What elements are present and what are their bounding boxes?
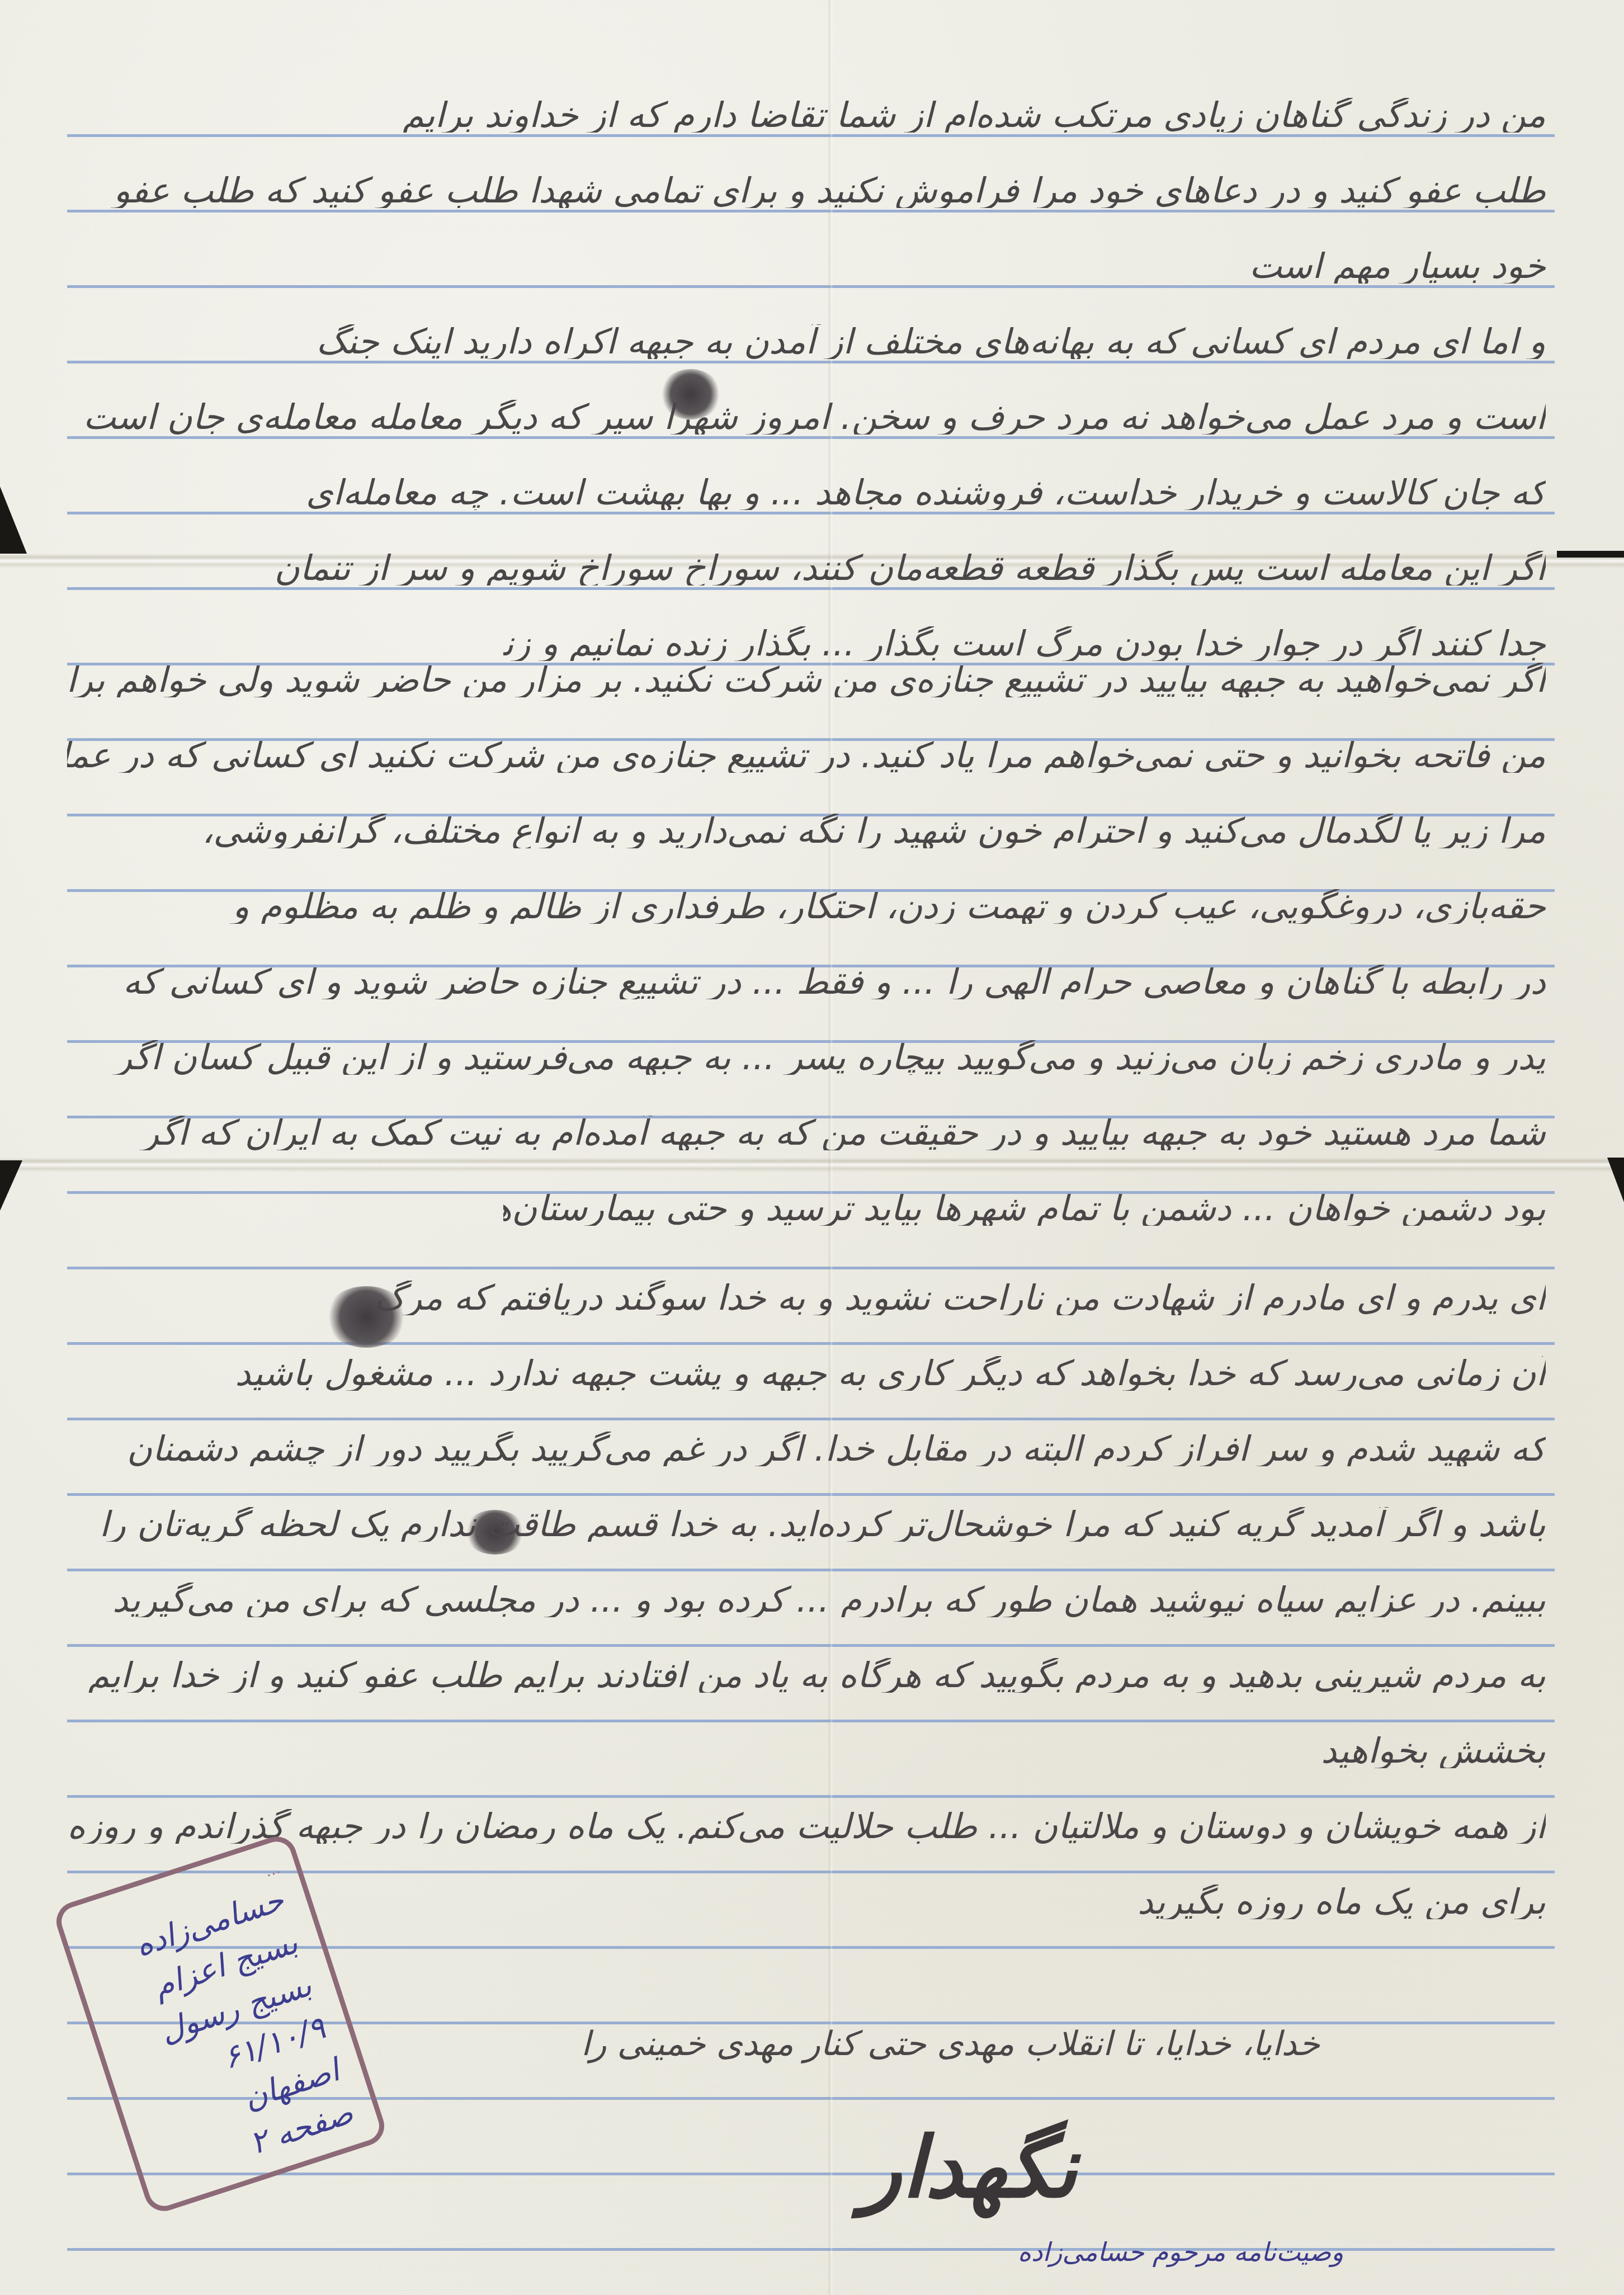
closing-prayer: خدایا، خدایا، تا انقلاب مهدی حتی کنار مه… [425, 2024, 1320, 2063]
ruled-line [67, 134, 1555, 137]
stamp-header: ... [262, 1858, 282, 1881]
torn-edge-right [1557, 551, 1624, 558]
handwritten-line: آن زمانی می‌رسد که خدا بخواهد که دیگر کا… [67, 1356, 1546, 1391]
letter-sheet: من در زندگی گناهان زیادی مرتکب شده‌ام از… [0, 0, 1624, 2295]
signature-word: نگهدار [861, 2119, 1078, 2217]
handwritten-line: و اما ای مردم ای کسانی که به بهانه‌های م… [67, 324, 1546, 359]
handwritten-line: طلب عفو کنید و در دعاهای خود مرا فراموش … [67, 173, 1546, 208]
torn-edge-left [0, 487, 27, 554]
handwritten-line: من در زندگی گناهان زیادی مرتکب شده‌ام از… [67, 98, 1546, 133]
handwritten-line: ای پدرم و ای مادرم از شهادت من ناراحت نش… [67, 1281, 1546, 1315]
handwritten-line: است و مرد عمل می‌خواهد نه مرد حرف و سخن.… [67, 400, 1546, 435]
ruled-line [67, 210, 1555, 212]
handwritten-line: اگر این معامله است پس بگذار قطعه قطعه‌ما… [67, 551, 1546, 585]
ruled-line [67, 1342, 1555, 1345]
handwritten-line: که جان کالاست و خریدار خداست، فروشنده مج… [67, 475, 1546, 510]
handwritten-line: در رابطه با گناهان و معاصی حرام الهی را … [67, 965, 1546, 999]
handwritten-line: باشد و اگر آمدید گریه کنید که مرا خوشحال… [67, 1507, 1546, 1542]
handwritten-line: مرا زیر پا لگدمال می‌کنید و احترام خون ش… [67, 814, 1546, 848]
handwritten-line: بخشش بخواهید [503, 1734, 1546, 1768]
ruled-line [67, 285, 1555, 288]
ruled-line [67, 361, 1555, 363]
ruled-line [67, 587, 1555, 590]
handwritten-line: خود بسیار مهم است [503, 249, 1546, 284]
handwritten-line: حقه‌بازی، دروغگویی، عیب کردن و تهمت زدن،… [67, 889, 1546, 924]
handwritten-line: از همه خویشان و دوستان و ملالتیان ... طل… [67, 1809, 1546, 1844]
handwritten-line: جدا کنند اگر در جوار خدا بودن مرگ است بگ… [503, 626, 1546, 661]
ruled-line [67, 512, 1555, 514]
ruled-line [67, 1267, 1555, 1269]
horizontal-fold-bottom [0, 1158, 1624, 1172]
handwritten-line: ببینم. در عزایم سیاه نپوشید همان طور که … [67, 1583, 1546, 1617]
bassij-stamp: ... حسامی‌زاده بسیج اعزام بسیج رسول ۶۱/۱… [51, 1831, 390, 2216]
ruled-line [67, 1720, 1555, 1722]
handwritten-line: من فاتحه بخوانید و حتی نمی‌خواهم مرا یاد… [67, 738, 1546, 773]
torn-edge-left-lower [0, 1160, 22, 1211]
ruled-line [67, 1418, 1555, 1420]
ruled-line [67, 1493, 1555, 1496]
ruled-line [67, 1644, 1555, 1647]
handwritten-line: که شهید شدم و سر افراز کردم البته در مقا… [67, 1432, 1546, 1466]
ruled-line [67, 1795, 1555, 1798]
handwritten-line: به مردم شیرینی بدهید و به مردم بگویید که… [67, 1658, 1546, 1693]
torn-edge-right-lower [1607, 1158, 1624, 1202]
attribution-note: وصیت‌نامه مرحوم حسامی‌زاده [1018, 2237, 1343, 2267]
ruled-line [67, 436, 1555, 439]
handwritten-line: اگر نمی‌خواهید به جبهه بیایید در تشییع ج… [67, 663, 1546, 697]
ruled-line [67, 1569, 1555, 1571]
ruled-line [67, 2173, 1555, 2175]
handwritten-line: پدر و مادری زخم زبان می‌زنید و می‌گویید … [67, 1040, 1546, 1075]
handwritten-line: بود دشمن خواهان ... دشمن با تمام شهرها ب… [503, 1191, 1546, 1226]
handwritten-line: شما مرد هستید خود به جبهه بیایید و در حق… [67, 1116, 1546, 1150]
handwritten-line: برای من یک ماه روزه بگیرید [503, 1885, 1546, 1919]
